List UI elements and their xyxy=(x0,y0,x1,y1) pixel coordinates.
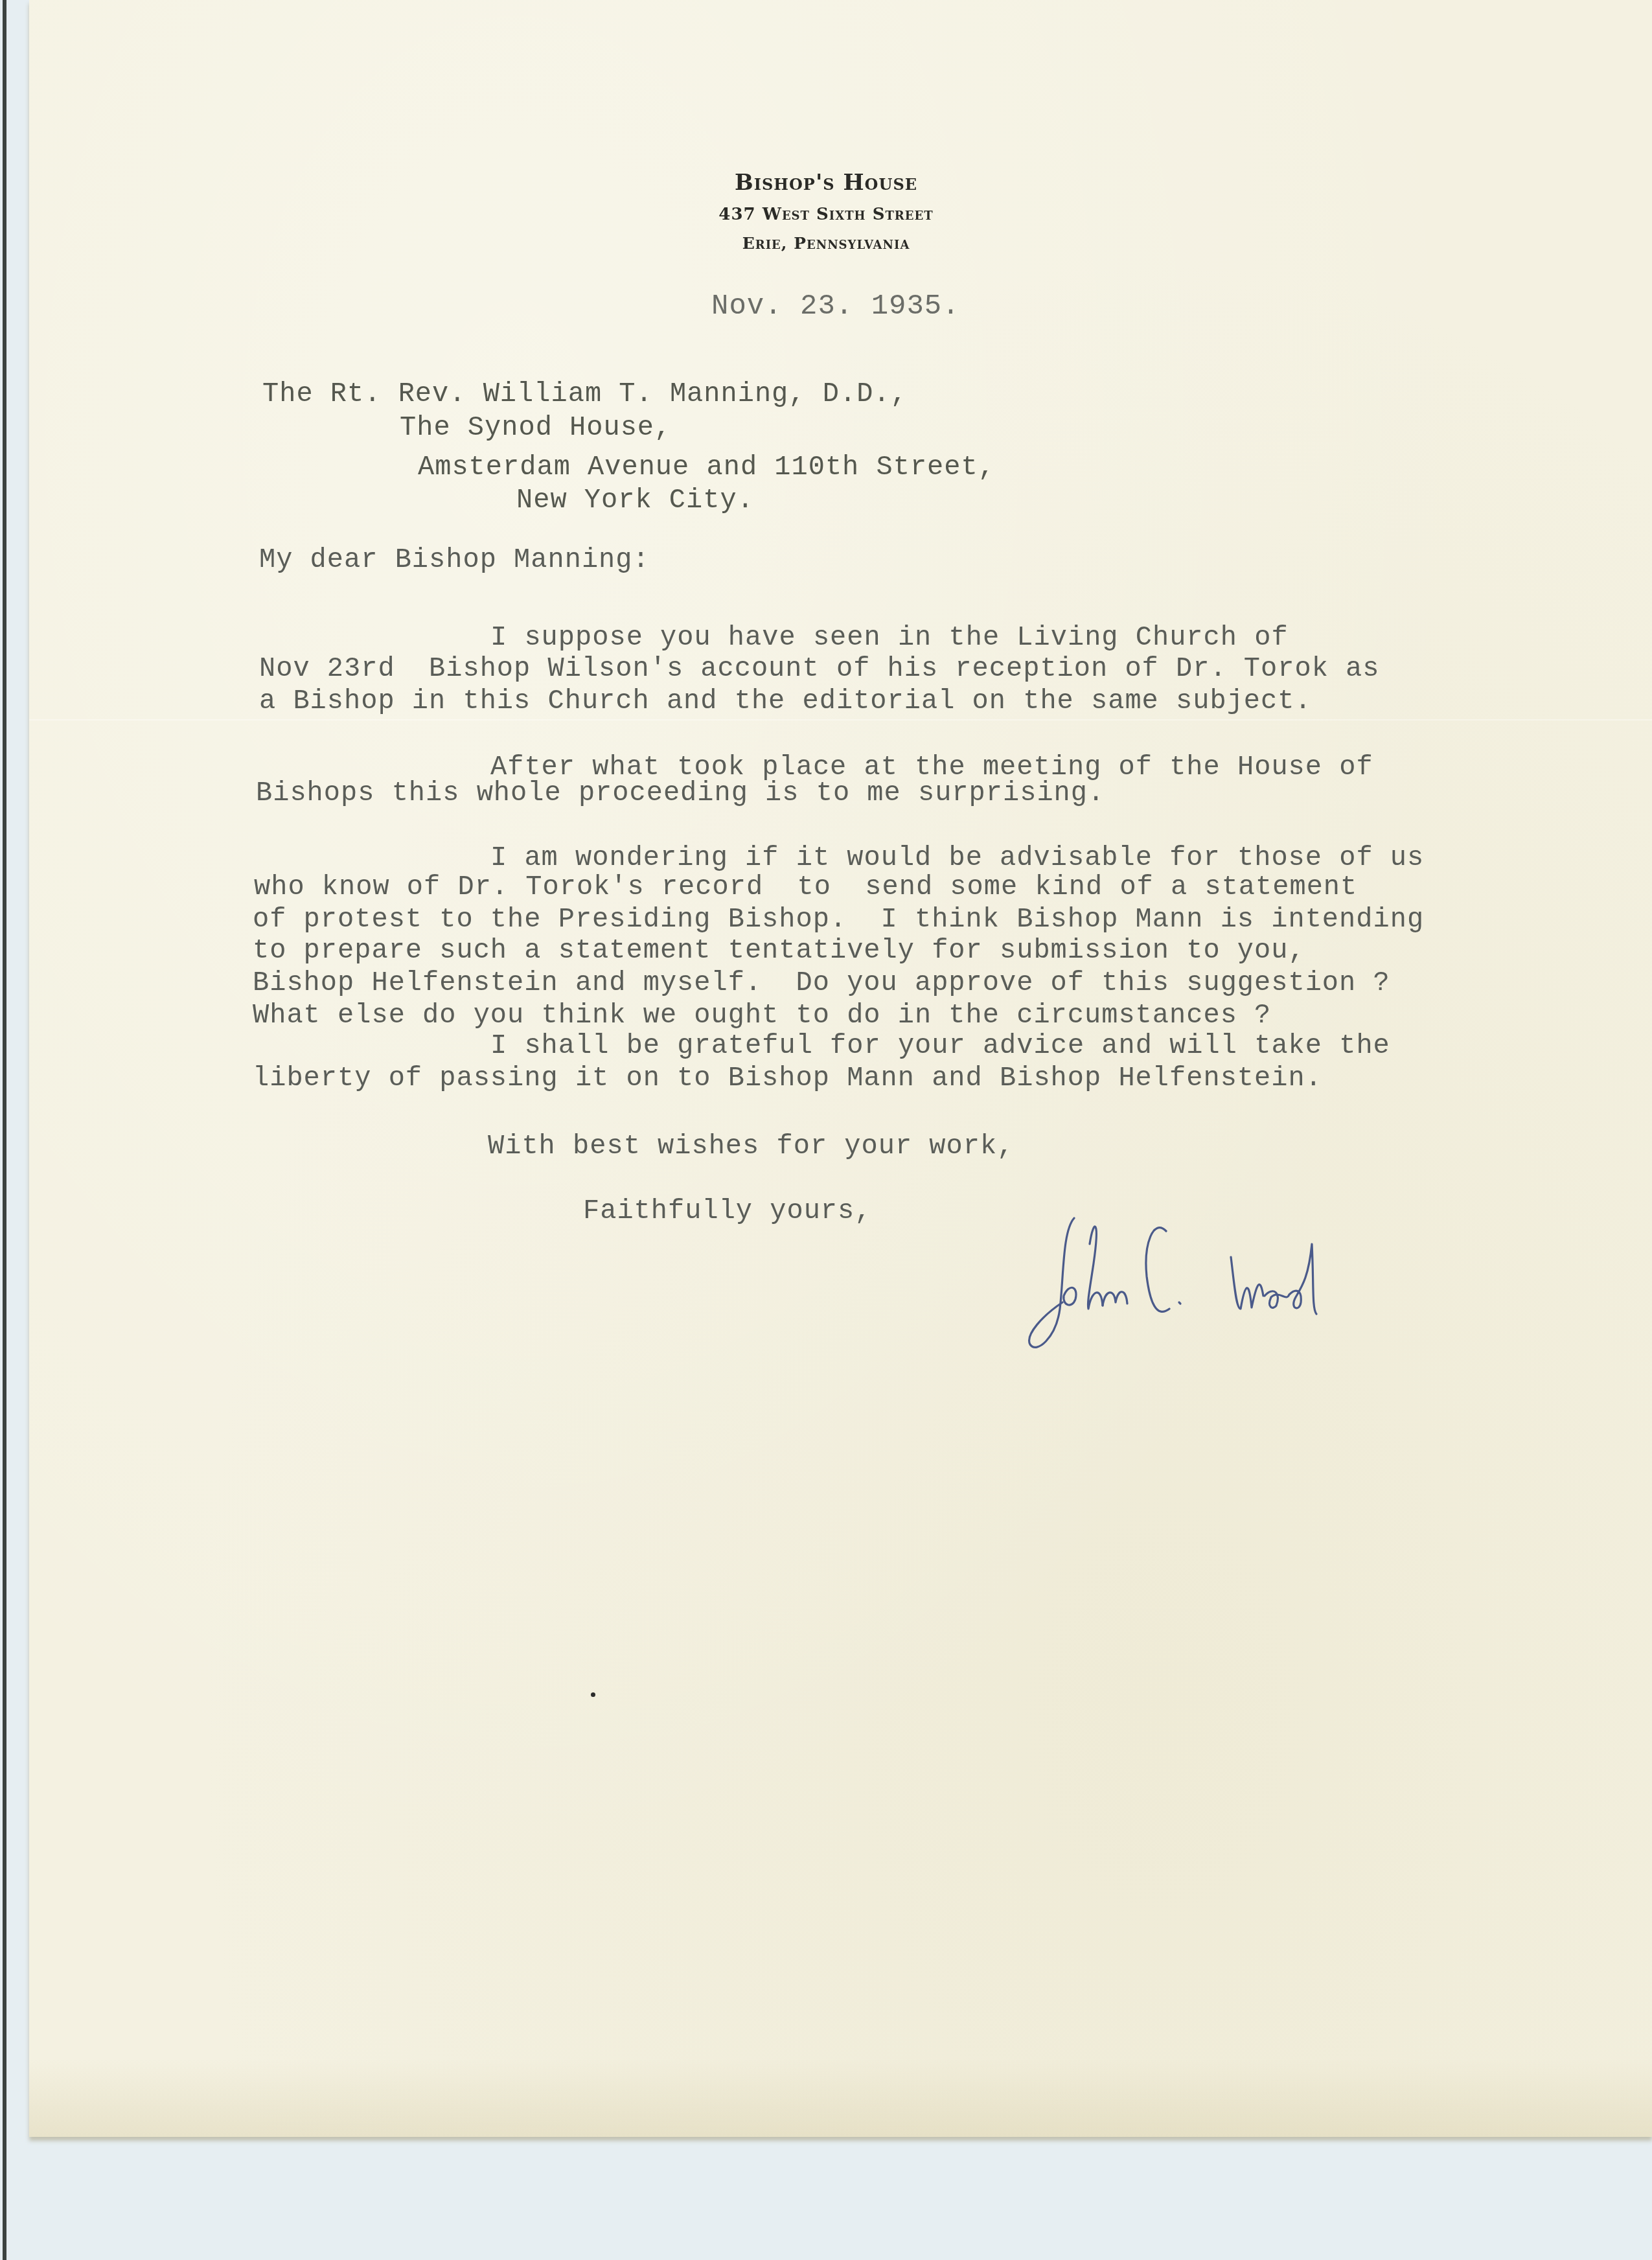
body-line: a Bishop in this Church and the editoria… xyxy=(259,686,1312,717)
salutation: My dear Bishop Manning: xyxy=(259,544,650,575)
body-line: Bishops this whole proceeding is to me s… xyxy=(256,778,1105,809)
valediction: Faithfully yours, xyxy=(583,1195,871,1227)
body-line: Nov 23rd Bishop Wilson's account of his … xyxy=(259,653,1379,684)
body-line: of protest to the Presiding Bishop. I th… xyxy=(253,904,1424,935)
body-line: who know of Dr. Torok's record to send s… xyxy=(254,871,1357,903)
body-line: I shall be grateful for your advice and … xyxy=(490,1030,1390,1061)
signature-icon xyxy=(1017,1205,1380,1361)
body-line: I am wondering if it would be advisable … xyxy=(490,842,1424,873)
letterhead-name: Bishop's House xyxy=(0,170,1652,196)
paper-shadow xyxy=(29,2059,1652,2137)
paper-fold xyxy=(29,719,1652,721)
letterhead-city: Erie, Pennsylvania xyxy=(0,234,1652,253)
recipient-address-line: The Synod House, xyxy=(400,412,671,443)
body-line: I suppose you have seen in the Living Ch… xyxy=(490,622,1289,653)
body-line: What else do you think we ought to do in… xyxy=(253,1000,1271,1031)
letter-date: Nov. 23. 1935. xyxy=(711,290,960,323)
handwritten-signature xyxy=(1017,1205,1380,1361)
scanner-edge-line xyxy=(3,0,6,2260)
closing-wishes: With best wishes for your work, xyxy=(488,1131,1014,1162)
body-line: liberty of passing it on to Bishop Mann … xyxy=(253,1063,1322,1094)
recipient-address-line: Amsterdam Avenue and 110th Street, xyxy=(418,452,995,483)
ink-speck xyxy=(591,1692,595,1697)
recipient-name: The Rt. Rev. William T. Manning, D.D., xyxy=(262,378,908,409)
body-line: to prepare such a statement tentatively … xyxy=(253,935,1305,966)
letterhead-street: 437 West Sixth Street xyxy=(0,205,1652,224)
body-line: Bishop Helfenstein and myself. Do you ap… xyxy=(253,967,1390,998)
recipient-city: New York City. xyxy=(516,485,754,516)
